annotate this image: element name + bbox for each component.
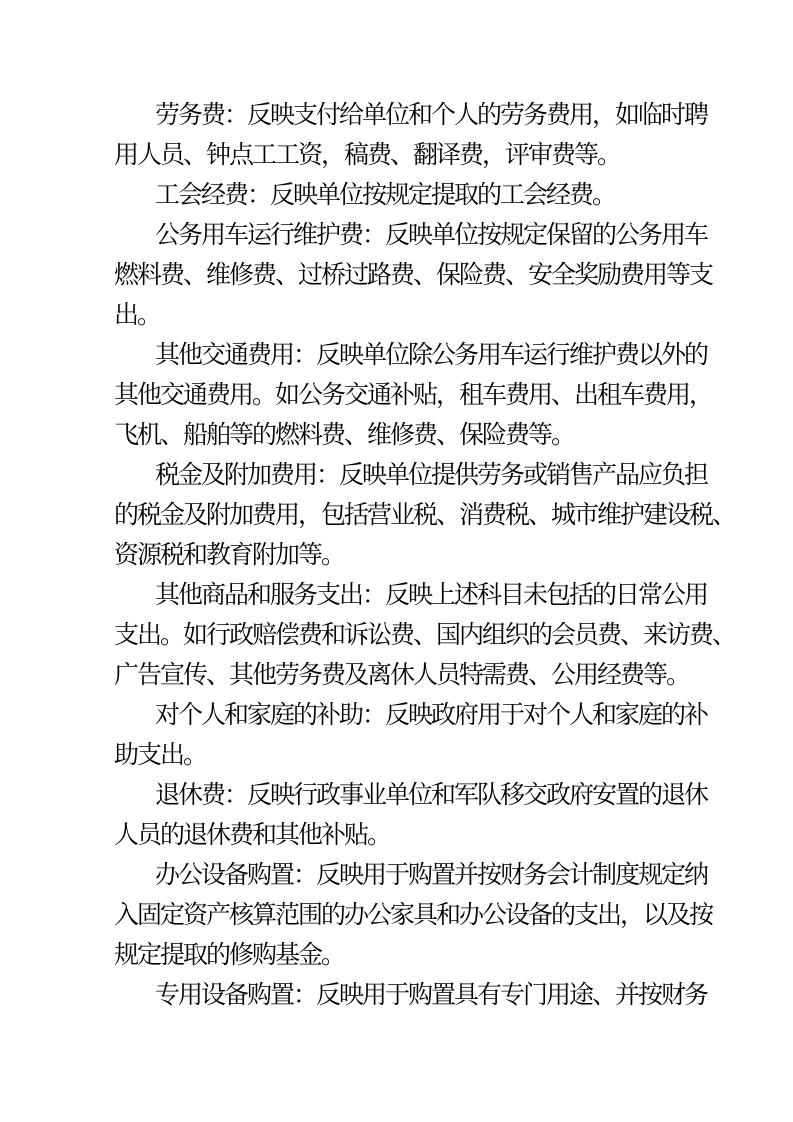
text-line: 公务用车运行维护费：反映单位按规定保留的公务用车 xyxy=(114,216,686,256)
paragraph: 对个人和家庭的补助：反映政府用于对个人和家庭的补助支出。 xyxy=(114,696,686,776)
text-line: 退休费：反映行政事业单位和军队移交政府安置的退休 xyxy=(114,776,686,816)
paragraph: 退休费：反映行政事业单位和军队移交政府安置的退休人员的退休费和其他补贴。 xyxy=(114,776,686,856)
paragraph: 税金及附加费用：反映单位提供劳务或销售产品应负担的税金及附加费用，包括营业税、消… xyxy=(114,456,686,576)
text-line: 人员的退休费和其他补贴。 xyxy=(114,816,686,856)
text-line: 燃料费、维修费、过桥过路费、保险费、安全奖励费用等支 xyxy=(114,256,686,296)
text-line: 支出。如行政赔偿费和诉讼费、国内组织的会员费、来访费、 xyxy=(114,616,686,656)
paragraph: 劳务费：反映支付给单位和个人的劳务费用，如临时聘用人员、钟点工工资，稿费、翻译费… xyxy=(114,96,686,176)
text-line: 办公设备购置：反映用于购置并按财务会计制度规定纳 xyxy=(114,856,686,896)
paragraph: 工会经费：反映单位按规定提取的工会经费。 xyxy=(114,176,686,216)
paragraph: 办公设备购置：反映用于购置并按财务会计制度规定纳入固定资产核算范围的办公家具和办… xyxy=(114,856,686,976)
text-line: 其他交通费用。如公务交通补贴，租车费用、出租车费用， xyxy=(114,376,686,416)
text-line: 工会经费：反映单位按规定提取的工会经费。 xyxy=(114,176,686,216)
text-line: 其他商品和服务支出：反映上述科目未包括的日常公用 xyxy=(114,576,686,616)
text-line: 对个人和家庭的补助：反映政府用于对个人和家庭的补 xyxy=(114,696,686,736)
text-line: 用人员、钟点工工资，稿费、翻译费，评审费等。 xyxy=(114,136,686,176)
text-line: 助支出。 xyxy=(114,736,686,776)
text-line: 入固定资产核算范围的办公家具和办公设备的支出，以及按 xyxy=(114,896,686,936)
document-body-text: 劳务费：反映支付给单位和个人的劳务费用，如临时聘用人员、钟点工工资，稿费、翻译费… xyxy=(114,96,686,1016)
document-page-background: { "document": { "language": "zh-CN", "ba… xyxy=(0,0,793,1122)
paragraph: 公务用车运行维护费：反映单位按规定保留的公务用车燃料费、维修费、过桥过路费、保险… xyxy=(114,216,686,336)
text-line: 劳务费：反映支付给单位和个人的劳务费用，如临时聘 xyxy=(114,96,686,136)
text-line: 其他交通费用：反映单位除公务用车运行维护费以外的 xyxy=(114,336,686,376)
text-line: 资源税和教育附加等。 xyxy=(114,536,686,576)
text-line: 规定提取的修购基金。 xyxy=(114,936,686,976)
text-line: 出。 xyxy=(114,296,686,336)
paragraph: 其他商品和服务支出：反映上述科目未包括的日常公用支出。如行政赔偿费和诉讼费、国内… xyxy=(114,576,686,696)
text-line: 的税金及附加费用，包括营业税、消费税、城市维护建设税、 xyxy=(114,496,686,536)
text-line: 飞机、船舶等的燃料费、维修费、保险费等。 xyxy=(114,416,686,456)
text-line: 专用设备购置：反映用于购置具有专门用途、并按财务 xyxy=(114,976,686,1016)
document-page: 劳务费：反映支付给单位和个人的劳务费用，如临时聘用人员、钟点工工资，稿费、翻译费… xyxy=(0,0,793,1122)
paragraph: 专用设备购置：反映用于购置具有专门用途、并按财务 xyxy=(114,976,686,1016)
text-line: 广告宣传、其他劳务费及离休人员特需费、公用经费等。 xyxy=(114,656,686,696)
text-line: 税金及附加费用：反映单位提供劳务或销售产品应负担 xyxy=(114,456,686,496)
paragraph: 其他交通费用：反映单位除公务用车运行维护费以外的其他交通费用。如公务交通补贴，租… xyxy=(114,336,686,456)
